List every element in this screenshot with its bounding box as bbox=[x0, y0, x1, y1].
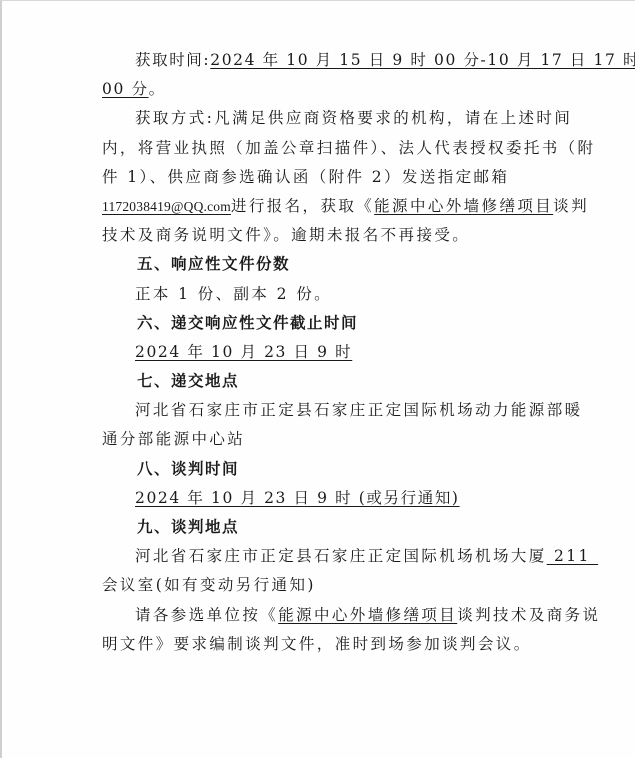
section-6-heading: 六、递交响应性文件截止时间 bbox=[102, 309, 550, 338]
negotiation-location: 河北省石家庄市正定县石家庄正定国际机场机场大厦 bbox=[135, 547, 547, 565]
acquire-method-line-1: 获取方式:凡满足供应商资格要求的机构，请在上述时间 bbox=[102, 104, 550, 133]
closing-project-name: 能源中心外墙修缮项目 bbox=[278, 606, 457, 624]
acquire-method-line-3: 件 1）、供应商参选确认函（附件 2）发送指定邮箱 bbox=[102, 163, 550, 192]
closing-end: 谈判技术及商务说 bbox=[457, 606, 600, 624]
meeting-room-number: 211 bbox=[547, 547, 598, 565]
submission-deadline: 2024 年 10 月 23 日 9 时 bbox=[135, 343, 352, 361]
section-8-body-line: 2024 年 10 月 23 日 9 时 (或另行通知) bbox=[102, 484, 550, 513]
acquire-time-value-end: 00 分 bbox=[102, 80, 149, 98]
section-6-body-line: 2024 年 10 月 23 日 9 时 bbox=[102, 338, 550, 367]
acquire-method-line-5: 技术及商务说明文件》。逾期未报名不再接受。 bbox=[102, 221, 550, 250]
section-5-body: 正本 1 份、副本 2 份。 bbox=[102, 280, 550, 309]
section-9-body-line-2: 会议室(如有变动另行通知) bbox=[102, 571, 550, 600]
acquire-time-label: 获取时间: bbox=[135, 51, 210, 69]
section-7-body-line-2: 通分部能源中心站 bbox=[102, 425, 550, 454]
negotiation-time: 2024 年 10 月 23 日 9 时 (或另行通知) bbox=[135, 489, 460, 507]
acquire-method-line-2: 内，将营业执照（加盖公章扫描件）、法人代表授权委托书（附 bbox=[102, 134, 550, 163]
acquire-method-text: 凡满足供应商资格要求的机构，请在上述时间 bbox=[214, 109, 572, 127]
section-9-body-line-1: 河北省石家庄市正定县石家庄正定国际机场机场大厦 211 bbox=[102, 542, 550, 571]
acquire-time-line-2: 00 分。 bbox=[102, 75, 550, 104]
section-5-heading: 五、响应性文件份数 bbox=[102, 250, 550, 279]
section-7-heading: 七、递交地点 bbox=[102, 367, 550, 396]
closing-line-2: 明文件》要求编制谈判文件，准时到场参加谈判会议。 bbox=[102, 630, 550, 659]
closing-line-1: 请各参选单位按《能源中心外墙修缮项目谈判技术及商务说 bbox=[102, 601, 550, 630]
acquire-time-line-1: 获取时间:2024 年 10 月 15 日 9 时 00 分-10 月 17 日… bbox=[102, 46, 550, 75]
acquire-time-period: 。 bbox=[149, 80, 166, 98]
closing-start: 请各参选单位按《 bbox=[135, 606, 278, 624]
project-name: 能源中心外墙修缮项目 bbox=[374, 197, 553, 215]
acquire-method-label: 获取方式: bbox=[135, 109, 214, 127]
document-page: 获取时间:2024 年 10 月 15 日 9 时 00 分-10 月 17 日… bbox=[0, 0, 635, 758]
acquire-method-mid: 进行报名，获取《 bbox=[231, 197, 374, 215]
acquire-time-value: 2024 年 10 月 15 日 9 时 00 分-10 月 17 日 17 时 bbox=[210, 51, 635, 69]
document-body: 获取时间:2024 年 10 月 15 日 9 时 00 分-10 月 17 日… bbox=[102, 46, 550, 659]
section-7-body-line-1: 河北省石家庄市正定县石家庄正定国际机场动力能源部暖 bbox=[102, 396, 550, 425]
acquire-method-end: 谈判 bbox=[553, 197, 589, 215]
acquire-method-line-4: 1172038419@QQ.com进行报名，获取《能源中心外墙修缮项目谈判 bbox=[102, 192, 550, 221]
contact-email: 1172038419@QQ.com bbox=[102, 199, 231, 214]
section-9-heading: 九、谈判地点 bbox=[102, 513, 550, 542]
section-8-heading: 八、谈判时间 bbox=[102, 455, 550, 484]
